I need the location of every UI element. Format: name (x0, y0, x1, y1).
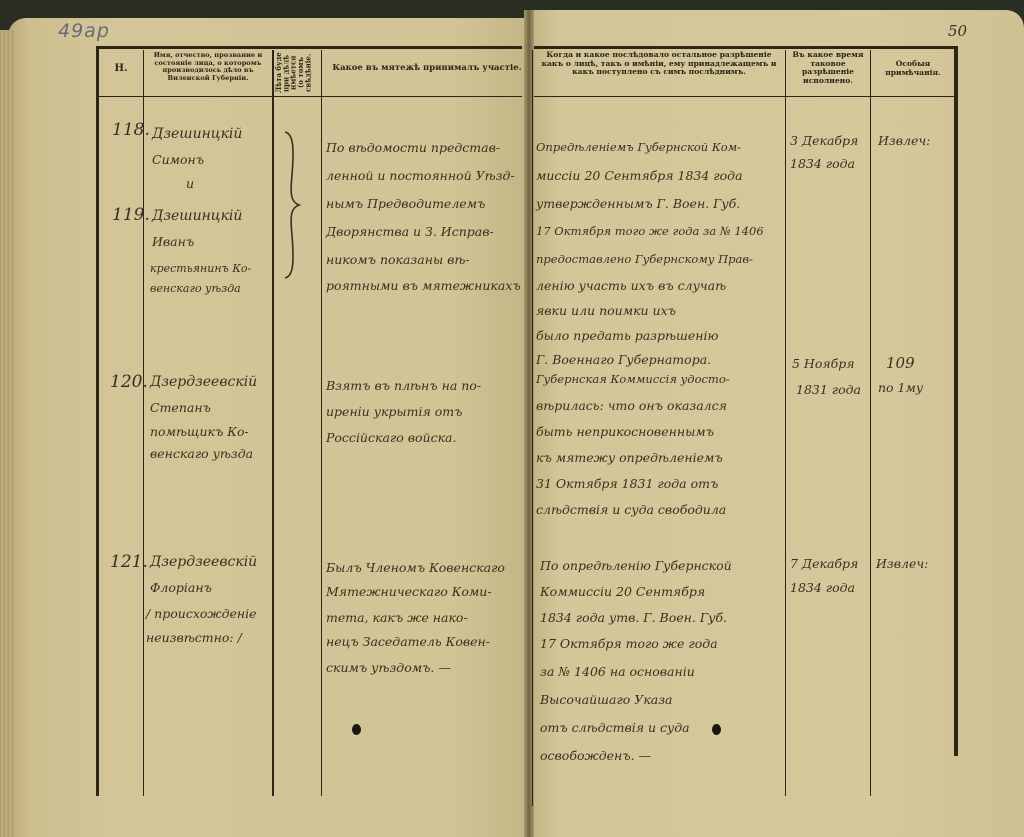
person-line: Дзердзеевскій (150, 374, 257, 390)
entry-number: 120. (110, 372, 148, 392)
col-border-right-outer (954, 46, 958, 756)
resolution-line: предоставлено Губернскому Прав- (536, 252, 753, 266)
grouping-brace-icon (282, 130, 302, 280)
participation-line: роятными въ мятежникахъ (326, 278, 521, 293)
resolution-line: Опредѣленіемъ Губернской Ком- (536, 140, 741, 154)
header-resolution: Когда и какое послѣдовало остальное разр… (535, 51, 783, 77)
person-line: Дзердзеевскій (150, 554, 257, 570)
participation-line: никомъ показаны вѣ- (326, 252, 470, 267)
entry-number: 118. (112, 120, 150, 140)
remarks-line: по 1му (878, 380, 923, 395)
pencil-note: 49ap (58, 20, 110, 42)
person-line: / происхожденіе (146, 606, 257, 621)
participation-line: По вѣдомости представ- (326, 140, 500, 155)
resolution-line: за № 1406 на основаніи (540, 664, 695, 679)
participation-line: ленной и постоянной Уѣзд- (326, 168, 515, 183)
participation-line: Мятежническаго Коми- (326, 584, 492, 599)
executed-line: 7 Декабря (790, 556, 858, 571)
resolution-line: отъ слѣдствія и суда (540, 720, 690, 735)
resolution-line: къ мятежу опредѣленіемъ (536, 450, 723, 465)
person-line: Дзешинцкій (152, 208, 242, 224)
person-line: крестьянинъ Ко- (150, 262, 251, 275)
remarks-line: Извлеч: (876, 556, 928, 571)
person-line: неизвѣстно: / (146, 630, 242, 645)
resolution-line: Г. Военнаго Губернатора. (536, 352, 711, 367)
resolution-line: быть неприкосновеннымъ (536, 424, 714, 439)
person-line: Степанъ (150, 400, 211, 415)
person-line: и (186, 176, 194, 191)
person-line: Симонъ (152, 152, 204, 167)
participation-line: Дворянства и З. Исправ- (326, 224, 494, 239)
resolution-line: Губернская Коммиссія удосто- (536, 372, 730, 386)
participation-line: скимъ уѣздомъ. — (326, 660, 451, 675)
person-line: помѣщикъ Ко- (150, 424, 249, 439)
col-border-person (272, 50, 274, 796)
participation-line: нымъ Предводителемъ (326, 196, 485, 211)
header-person: Имя, отчество, прозвание и состояніе лиц… (146, 52, 270, 82)
col-border-resolution (785, 50, 786, 796)
executed-line: 1834 года (790, 156, 855, 171)
resolution-line: явки или поимки ихъ (536, 303, 676, 318)
header-remarks: Особыя примѣчанія. (873, 60, 953, 77)
resolution-line: 17 Октября того же года за № 1406 (536, 224, 764, 238)
remarks-line: 109 (886, 354, 915, 372)
participation-line: тета, какъ же нако- (326, 610, 468, 625)
entry-number: 119. (112, 205, 150, 225)
person-line: Дзешинцкій (152, 126, 242, 142)
col-border-no (143, 50, 144, 796)
resolution-line: Коммиссіи 20 Сентября (540, 584, 705, 599)
participation-line: Взятъ въ плѣнъ на по- (326, 378, 481, 393)
person-line: Флоріанъ (150, 580, 212, 595)
top-rule-left (96, 46, 522, 49)
resolution-line: слѣдствія и суда свободила (536, 502, 726, 517)
participation-line: Былъ Членомъ Ковенскаго (326, 560, 505, 575)
header-age: Лѣта буде при дѣлѣ имѣется (о томъ свѣдѣ… (275, 52, 319, 94)
executed-line: 3 Декабря (790, 133, 858, 148)
ink-blot (712, 724, 721, 735)
top-rule-right (534, 46, 954, 49)
resolution-line: освобожденъ. — (540, 748, 651, 763)
header-rule-right (534, 96, 954, 97)
participation-line: нецъ Заседатель Ковен- (326, 634, 490, 649)
resolution-line: вѣрилась: что онъ оказался (536, 398, 727, 413)
header-no: Н. (100, 63, 142, 75)
ink-blot (352, 724, 361, 735)
resolution-line: 1834 года утв. Г. Воен. Губ. (540, 610, 727, 625)
executed-line: 1831 года (796, 382, 861, 397)
folio-number: 50 (948, 22, 967, 40)
col-border-executed (870, 50, 871, 796)
executed-line: 1834 года (790, 580, 855, 595)
person-line: Иванъ (152, 234, 194, 249)
resolution-line: миссіи 20 Сентября 1834 года (536, 168, 743, 183)
resolution-line: 31 Октября 1831 года отъ (536, 476, 718, 491)
header-rule-left (96, 96, 522, 97)
executed-line: 5 Ноября (792, 356, 855, 371)
entry-number: 121. (110, 552, 148, 572)
col-border-left-outer (96, 46, 99, 796)
header-executed: Въ какое время таковое разрѣшеніе исполн… (788, 51, 868, 86)
resolution-line: ленію участь ихъ въ случаѣ (536, 278, 726, 293)
person-line: венскаго уѣзда (150, 446, 253, 461)
resolution-line: утвержденнымъ Г. Воен. Губ. (536, 196, 740, 211)
resolution-line: было предать разрѣшенію (536, 328, 719, 343)
resolution-line: 17 Октября того же года (540, 636, 718, 651)
remarks-line: Извлеч: (878, 133, 930, 148)
resolution-line: По опредѣленію Губернской (540, 558, 732, 573)
col-border-age (321, 50, 322, 796)
resolution-line: Высочайшаго Указа (540, 692, 673, 707)
person-line: венскаго уѣзда (150, 282, 241, 295)
header-participation: Какое въ мятежѣ принималъ участіе. (324, 64, 530, 74)
participation-line: Россійскаго войска. (326, 430, 456, 445)
participation-line: иреніи укрытія отъ (326, 404, 462, 419)
page-stack-edge (0, 30, 14, 837)
col-border-participation (532, 50, 533, 806)
